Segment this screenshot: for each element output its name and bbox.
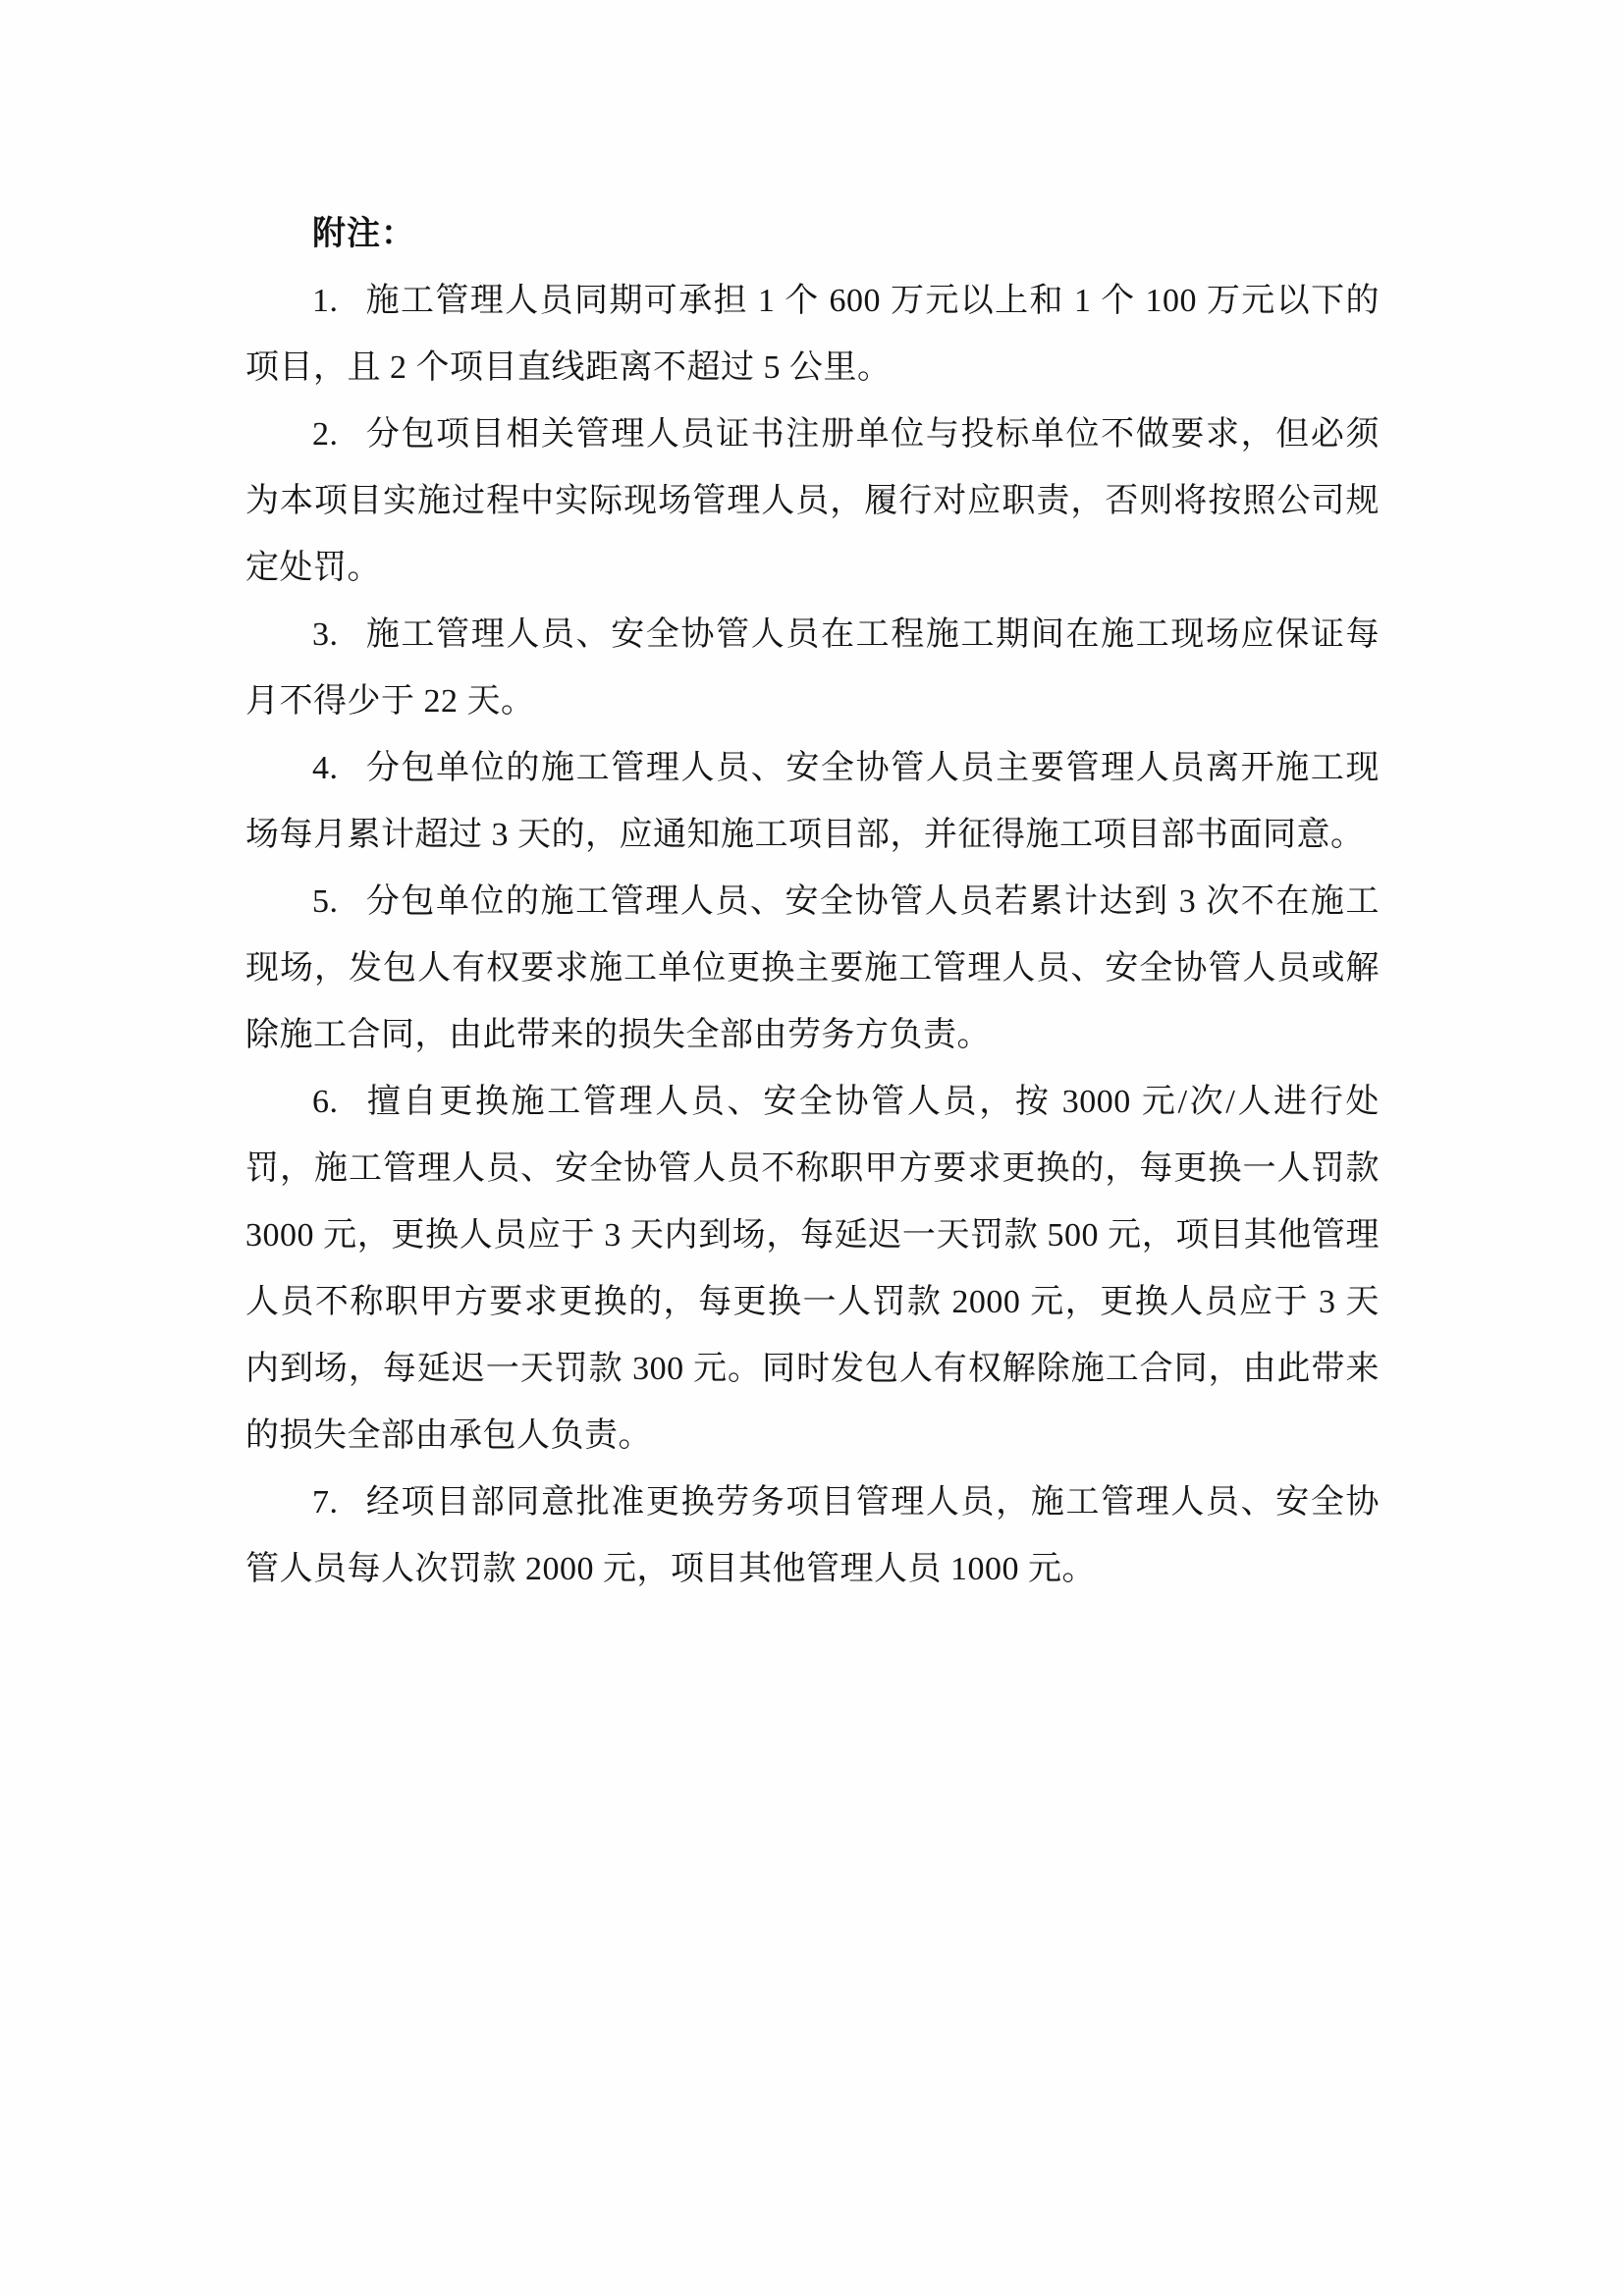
note-text: 经项目部同意批准更换劳务项目管理人员，施工管理人员、安全协管人员每人次罚款 20…	[245, 1484, 1380, 1587]
note-number: 5.	[312, 883, 339, 920]
note-item: 3.施工管理人员、安全协管人员在工程施工期间在施工现场应保证每月不得少于 22 …	[245, 602, 1380, 735]
note-text: 分包单位的施工管理人员、安全协管人员若累计达到 3 次不在施工现场，发包人有权要…	[245, 883, 1380, 1053]
note-number: 6.	[312, 1084, 339, 1120]
document-content: 附注： 1.施工管理人员同期可承担 1 个 600 万元以上和 1 个 100 …	[0, 0, 1624, 1603]
note-item: 5.分包单位的施工管理人员、安全协管人员若累计达到 3 次不在施工现场，发包人有…	[245, 869, 1380, 1069]
note-text: 施工管理人员同期可承担 1 个 600 万元以上和 1 个 100 万元以下的项…	[245, 283, 1380, 386]
note-number: 4.	[312, 750, 339, 786]
note-text: 擅自更换施工管理人员、安全协管人员，按 3000 元/次/人进行处罚，施工管理人…	[245, 1084, 1380, 1454]
note-item: 7.经项目部同意批准更换劳务项目管理人员，施工管理人员、安全协管人员每人次罚款 …	[245, 1469, 1380, 1603]
note-item: 2.分包项目相关管理人员证书注册单位与投标单位不做要求，但必须为本项目实施过程中…	[245, 401, 1380, 602]
note-number: 7.	[312, 1484, 339, 1521]
note-number: 1.	[312, 283, 339, 319]
note-text: 分包项目相关管理人员证书注册单位与投标单位不做要求，但必须为本项目实施过程中实际…	[245, 416, 1380, 586]
note-number: 2.	[312, 416, 339, 453]
note-text: 分包单位的施工管理人员、安全协管人员主要管理人员离开施工现场每月累计超过 3 天…	[245, 750, 1380, 853]
note-item: 4.分包单位的施工管理人员、安全协管人员主要管理人员离开施工现场每月累计超过 3…	[245, 735, 1380, 869]
document-page: 附注： 1.施工管理人员同期可承担 1 个 600 万元以上和 1 个 100 …	[0, 0, 1624, 2296]
note-item: 6.擅自更换施工管理人员、安全协管人员，按 3000 元/次/人进行处罚，施工管…	[245, 1069, 1380, 1469]
notes-list: 1.施工管理人员同期可承担 1 个 600 万元以上和 1 个 100 万元以下…	[245, 268, 1380, 1603]
note-item: 1.施工管理人员同期可承担 1 个 600 万元以上和 1 个 100 万元以下…	[245, 268, 1380, 401]
note-text: 施工管理人员、安全协管人员在工程施工期间在施工现场应保证每月不得少于 22 天。	[245, 616, 1380, 720]
note-number: 3.	[312, 616, 339, 653]
notes-title: 附注：	[312, 201, 1380, 268]
